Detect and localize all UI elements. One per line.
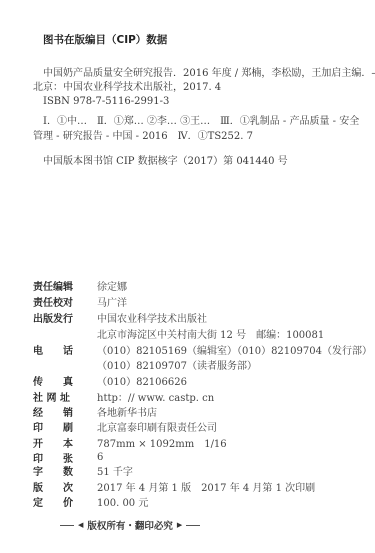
value: 100. 00 元 <box>97 494 148 509</box>
value: 6 <box>97 452 103 463</box>
colophon-address: 北京市海淀区中关村南大街 12 号 邮编：100081 <box>33 326 324 341</box>
label: 开 本 <box>33 435 79 450</box>
value: 马广洋 <box>97 294 127 309</box>
colophon-website: 社 网 址 http：// www. castp. cn <box>33 389 214 404</box>
label: 传 真 <box>33 373 79 388</box>
value: 徐定娜 <box>97 278 127 293</box>
classification-line-2: 管理 - 研究报告 - 中国 - 2016 Ⅳ．①TS252. 7 <box>33 130 253 145</box>
cip-record-line-1: 中国奶产品质量安全研究报告．2016 年度 / 郑楠，李松励，王加启主编．— <box>43 67 375 82</box>
cip-record-line-2: 北京：中国农业科学技术出版社，2017. 4 <box>33 81 221 96</box>
copyright-notice: ◀ 版权所有・翻印必究 ▶ <box>60 518 200 532</box>
colophon-phone: 电 话 （010）82105169（编辑室）（010）82109704（发行部） <box>33 342 372 357</box>
colophon-printer: 印 刷 北京富泰印刷有限责任公司 <box>33 419 217 434</box>
value: 各地新华书店 <box>97 404 157 419</box>
website-link[interactable]: http：// www. castp. cn <box>97 389 214 404</box>
colophon-editor: 责任编辑 徐定娜 <box>33 278 127 293</box>
value: 北京市海淀区中关村南大街 12 号 邮编：100081 <box>97 326 324 341</box>
copyright-text: 版权所有・翻印必究 <box>87 518 173 532</box>
label: 经 销 <box>33 404 79 419</box>
value: （010）82105169（编辑室）（010）82109704（发行部） <box>97 342 372 357</box>
right-arrow-icon: ▶ <box>177 521 182 529</box>
colophon-distributor: 经 销 各地新华书店 <box>33 404 157 419</box>
label: 电 话 <box>33 342 79 357</box>
label: 版 次 <box>33 479 79 494</box>
cip-title: 图书在版编目（CIP）数据 <box>43 32 167 47</box>
value: 51 千字 <box>97 463 133 478</box>
value: 787mm × 1092mm 1/16 <box>97 435 227 450</box>
label: 社 网 址 <box>33 389 79 404</box>
colophon-format: 开 本 787mm × 1092mm 1/16 <box>33 435 227 450</box>
left-arrow-icon: ◀ <box>78 521 83 529</box>
label: 出版发行 <box>33 310 79 325</box>
classification-line-1: Ⅰ．①中… Ⅱ．①郑… ②李… ③王… Ⅲ．①乳制品 - 产品质量 - 安全 <box>43 115 359 130</box>
colophon-price: 定 价 100. 00 元 <box>33 494 148 509</box>
left-ornament-icon <box>60 525 74 526</box>
colophon-publisher: 出版发行 中国农业科学技术出版社 <box>33 310 207 325</box>
colophon-fax: 传 真 （010）82106626 <box>33 373 187 388</box>
cip-approval-number: 中国版本图书馆 CIP 数据核字（2017）第 041440 号 <box>43 155 288 170</box>
label: 定 价 <box>33 494 79 509</box>
label: 责任校对 <box>33 294 79 309</box>
value: 中国农业科学技术出版社 <box>97 310 207 325</box>
colophon-proofreader: 责任校对 马广洋 <box>33 294 127 309</box>
value: （010）82109707（读者服务部） <box>97 357 257 372</box>
right-ornament-icon <box>186 525 200 526</box>
value: 北京富泰印刷有限责任公司 <box>97 419 217 434</box>
label: 印 刷 <box>33 419 79 434</box>
colophon-phone-2: （010）82109707（读者服务部） <box>33 357 257 372</box>
colophon-edition: 版 次 2017 年 4 月第 1 版 2017 年 4 月第 1 次印刷 <box>33 479 315 494</box>
value: （010）82106626 <box>97 373 187 388</box>
value: 2017 年 4 月第 1 版 2017 年 4 月第 1 次印刷 <box>97 479 315 494</box>
label: 字 数 <box>33 463 79 478</box>
colophon-word-count: 字 数 51 千字 <box>33 463 133 478</box>
isbn: ISBN 978-7-5116-2991-3 <box>43 95 169 110</box>
label: 责任编辑 <box>33 278 79 293</box>
